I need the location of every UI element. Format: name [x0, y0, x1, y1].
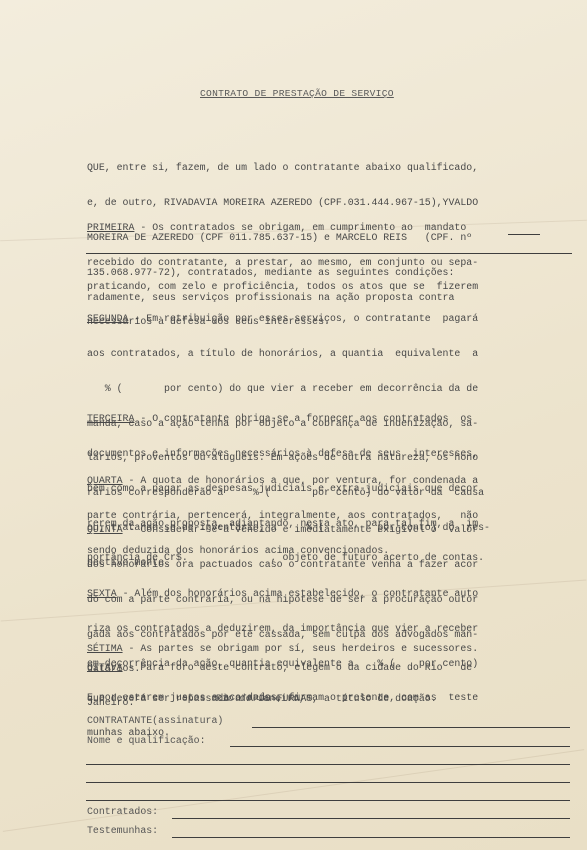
contratados-label: Contratados: — [87, 806, 158, 817]
clause-text: - Considerar-se-á vencido e imediatament… — [123, 524, 479, 535]
clause-text: - Os contratados se obrigam, em cumprime… — [134, 222, 466, 233]
nome-qualificacao-label: Nome e qualificação: — [87, 735, 206, 746]
document-title: CONTRATO DE PRESTAÇÃO DE SERVIÇO — [200, 88, 394, 99]
closing-line: E por estarem justos e acordados, firmam… — [87, 692, 569, 704]
clause-text: - O contratante obriga-se a fornecer aos… — [134, 413, 472, 424]
clause-text: - Em retribuição por esses serviços, o c… — [128, 313, 478, 324]
nome-qualificacao-line[interactable] — [230, 746, 570, 747]
clause-text: - A quota de honorários a que, por ventu… — [123, 475, 479, 486]
preamble-line: QUE, entre si, fazem, de um lado o contr… — [87, 162, 569, 174]
nome-qualificacao-line-3[interactable] — [86, 782, 570, 783]
blank-line — [508, 234, 540, 235]
clause-heading: SEXTA — [87, 588, 117, 599]
nome-qualificacao-line-2[interactable] — [86, 764, 570, 765]
contratante-signature-line[interactable] — [252, 727, 570, 728]
blank-line — [86, 253, 572, 254]
nome-qualificacao-line-4[interactable] — [86, 800, 570, 801]
clause-text: aos contratados, a título de honorários,… — [87, 348, 569, 360]
testemunhas-signature-line[interactable] — [172, 837, 570, 838]
clause-heading: TERCEIRA — [87, 413, 134, 424]
clause-heading: QUINTA — [87, 524, 123, 535]
clause-text: - Além dos honorários acima estabelecido… — [117, 588, 478, 599]
clause-heading: SEGUNDA — [87, 313, 128, 324]
contratados-signature-line[interactable] — [172, 818, 570, 819]
clause-heading: QUARTA — [87, 475, 123, 486]
clause-heading: PRIMEIRA — [87, 222, 134, 233]
place-date: Rio de Janeiro, — [216, 693, 305, 704]
contratante-signature-label: CONTRATANTE(assinatura) — [87, 715, 223, 726]
testemunhas-label: Testemunhas: — [87, 825, 158, 836]
